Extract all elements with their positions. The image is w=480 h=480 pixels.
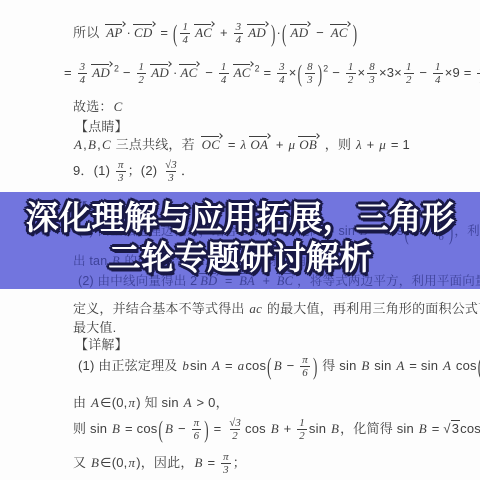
detail-step-3: 则 sin B = cos(B − π6) = √32cos B + 12sin…	[73, 416, 480, 443]
formula-expansion: = 34AD2 − 12AD·AC − 14AC2 = 34×(83)2 − 1…	[64, 60, 480, 87]
detail-step-4: 又 B∈(0,π)，因此，B = π3；	[73, 450, 246, 476]
promo-banner-overlay: 【分析】(1) 由正弦定理边化角，结合 sin A > 0 化简得 sin B …	[0, 192, 480, 289]
banner-headline-line2: 二轮专题研讨解析	[0, 240, 480, 276]
analysis-continuation-1: 定义，并结合基本不等式得出 ac 的最大值，再利用三角形的面积公式可得出 △AB…	[73, 296, 480, 322]
formula-ap-cd: 所以 AP·CD = (14AC + 34AD)·(AD − AC)	[73, 20, 358, 47]
math-solution-document: 所以 AP·CD = (14AC + 34AD)·(AD − AC)= 34AD…	[0, 0, 480, 480]
banner-headline-line1: 深化理解与应用拓展，三角形	[0, 200, 480, 236]
detail-step-1: (1) 由正弦定理及 bsin A = acos(B − π6) 得 sin B…	[78, 353, 480, 380]
question-9-answers: 9．(1) π3；(2) √33．	[73, 158, 194, 184]
collinear-note: A,B,C 三点共线，若 OC = λOA + μOB ，则 λ + μ = 1	[73, 132, 410, 158]
